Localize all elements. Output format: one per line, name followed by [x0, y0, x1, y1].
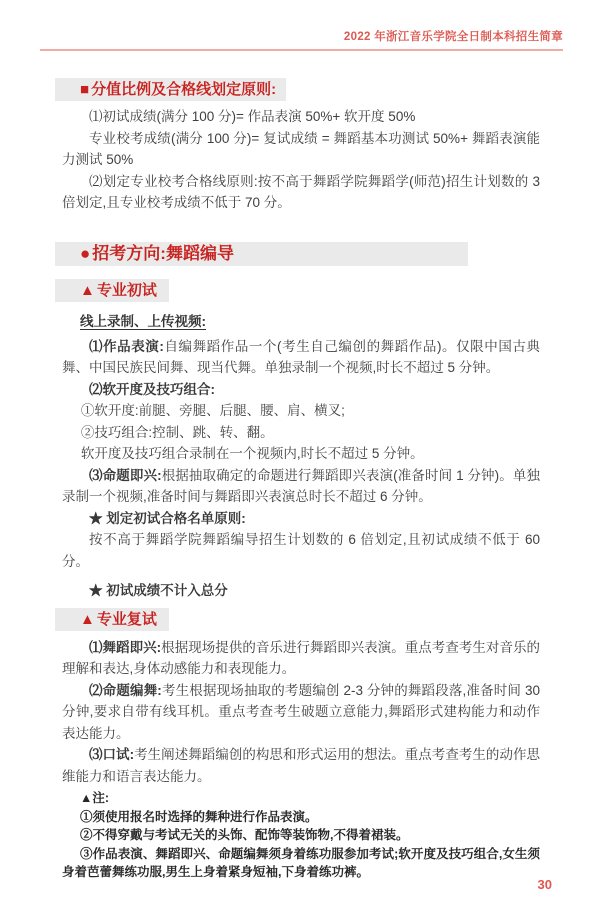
brochure-page: 2022 年浙江音乐学院全日制本科招生简章 ■分值比例及合格线划定原则: ⑴初试… — [0, 0, 600, 923]
star-note-heading: ★ 初试成绩不计入总分 — [89, 583, 228, 598]
star-rule-heading: ★ 划定初试合格名单原则: — [89, 511, 246, 526]
paragraph-lead: ⑶口试: — [89, 747, 134, 762]
paragraph-text: ⑵划定专业校考合格线原则:按不高于舞蹈学院舞蹈学(师范)招生计划数的 3 倍划定… — [62, 174, 540, 211]
paragraph: ②技巧组合:控制、跳、转、翻。 — [62, 422, 540, 444]
paragraph-lead: ⑴作品表演: — [89, 339, 164, 354]
page-number: 30 — [538, 877, 552, 892]
square-bullet-icon: ■ — [80, 81, 89, 98]
note-text: ①须使用报名时选择的舞种进行作品表演。 — [80, 810, 318, 824]
section-title-first-round: ▲专业初试 — [55, 279, 169, 302]
note-item: ①须使用报名时选择的舞种进行作品表演。 — [62, 808, 540, 827]
first-round-paragraphs: ⑴作品表演:自编舞蹈作品一个(考生自己编创的舞蹈作品)。仅限中国古典舞、中国民族… — [62, 336, 540, 602]
notes-heading-text: 注: — [92, 791, 109, 805]
paragraph: ★ 初试成绩不计入总分 — [62, 580, 540, 602]
second-round-paragraphs: ⑴舞蹈即兴:根据现场提供的音乐进行舞蹈即兴表演。重点考查考生对音乐的理解和表达,… — [62, 637, 540, 788]
section-title-text: 分值比例及合格线划定原则: — [91, 81, 276, 98]
paragraph: ⑶命题即兴:根据抽取确定的命题进行舞蹈即兴表演(准备时间 1 分钟)。单独录制一… — [62, 465, 540, 508]
paragraph-text: ①软开度:前腿、旁腿、后腿、腰、肩、横叉; — [81, 403, 345, 418]
paragraph: ⑴初试成绩(满分 100 分)= 作品表演 50%+ 软开度 50% — [62, 106, 540, 128]
paragraph: ⑴作品表演:自编舞蹈作品一个(考生自己编创的舞蹈作品)。仅限中国古典舞、中国民族… — [62, 336, 540, 379]
header-title: 2022 年浙江音乐学院全日制本科招生简章 — [0, 0, 600, 44]
upload-video-heading: 线上录制、上传视频: — [80, 310, 206, 330]
section-title-text: 专业复试 — [97, 611, 157, 628]
triangle-note-icon: ▲ — [80, 791, 92, 805]
notes-section: ▲注: ①须使用报名时选择的舞种进行作品表演。 ②不得穿戴与考试无关的头饰、配饰… — [62, 789, 540, 882]
paragraph-lead: ⑶命题即兴: — [89, 468, 162, 483]
paragraph-lead: ⑵命题编舞: — [89, 683, 162, 698]
paragraph: ⑵命题编舞:考生根据现场抽取的考题编创 2-3 分钟的舞蹈段落,准备时间 30 … — [62, 680, 540, 745]
paragraph: ⑴舞蹈即兴:根据现场提供的音乐进行舞蹈即兴表演。重点考查考生对音乐的理解和表达,… — [62, 637, 540, 680]
paragraph-lead: ⑵软开度及技巧组合: — [89, 382, 215, 397]
paragraph: ⑵软开度及技巧组合: — [62, 379, 540, 401]
paragraph: ★ 划定初试合格名单原则: — [62, 508, 540, 530]
paragraph-text: 软开度及技巧组合录制在一个视频内,时长不超过 5 分钟。 — [81, 446, 424, 461]
dot-bullet-icon: ● — [80, 244, 90, 263]
paragraph-text: 考生阐述舞蹈编创的构思和形式运用的想法。重点考查考生的动作思维能力和语言表达能力… — [62, 747, 540, 784]
paragraph: 按不高于舞蹈学院舞蹈编导招生计划数的 6 倍划定,且初试成绩不低于 60 分。 — [62, 529, 540, 572]
paragraph-text: ②技巧组合:控制、跳、转、翻。 — [81, 425, 274, 440]
header-rule — [40, 49, 563, 51]
paragraph: ①软开度:前腿、旁腿、后腿、腰、肩、横叉; — [62, 400, 540, 422]
paragraph: 专业校考成绩(满分 100 分)= 复试成绩 = 舞蹈基本功测试 50%+ 舞蹈… — [62, 128, 540, 171]
section-title-text: 专业初试 — [97, 282, 157, 299]
note-item: ③作品表演、舞蹈即兴、命题编舞须身着练功服参加考试;软开度及技巧组合,女生须身着… — [62, 845, 540, 882]
note-text: ③作品表演、舞蹈即兴、命题编舞须身着练功服参加考试;软开度及技巧组合,女生须身着… — [62, 847, 540, 880]
paragraph: ⑶口试:考生阐述舞蹈编创的构思和形式运用的想法。重点考查考生的动作思维能力和语言… — [62, 744, 540, 787]
paragraph-lead: ⑴舞蹈即兴: — [89, 640, 161, 655]
triangle-bullet-icon: ▲ — [80, 282, 95, 299]
paragraph: ⑵划定专业校考合格线原则:按不高于舞蹈学院舞蹈学(师范)招生计划数的 3 倍划定… — [62, 171, 540, 214]
score-rules-paragraphs: ⑴初试成绩(满分 100 分)= 作品表演 50%+ 软开度 50% 专业校考成… — [62, 106, 540, 214]
note-item: ②不得穿戴与考试无关的头饰、配饰等装饰物,不得着裙装。 — [62, 826, 540, 845]
paragraph-text: ⑴初试成绩(满分 100 分)= 作品表演 50%+ 软开度 50% — [89, 109, 415, 124]
section-title-text: 招考方向:舞蹈编导 — [92, 244, 234, 263]
paragraph-text: 专业校考成绩(满分 100 分)= 复试成绩 = 舞蹈基本功测试 50%+ 舞蹈… — [62, 131, 540, 168]
section-title-second-round: ▲专业复试 — [55, 608, 169, 631]
section-title-direction: ●招考方向:舞蹈编导 — [55, 242, 468, 266]
note-text: ②不得穿戴与考试无关的头饰、配饰等装饰物,不得着裙装。 — [80, 828, 408, 842]
content: ■分值比例及合格线划定原则: ⑴初试成绩(满分 100 分)= 作品表演 50%… — [0, 78, 600, 882]
notes-heading: ▲注: — [62, 789, 540, 808]
triangle-bullet-icon: ▲ — [80, 611, 95, 628]
section-title-score-rules: ■分值比例及合格线划定原则: — [55, 78, 286, 101]
paragraph: 软开度及技巧组合录制在一个视频内,时长不超过 5 分钟。 — [62, 443, 540, 465]
paragraph-text: 按不高于舞蹈学院舞蹈编导招生计划数的 6 倍划定,且初试成绩不低于 60 分。 — [62, 532, 540, 569]
